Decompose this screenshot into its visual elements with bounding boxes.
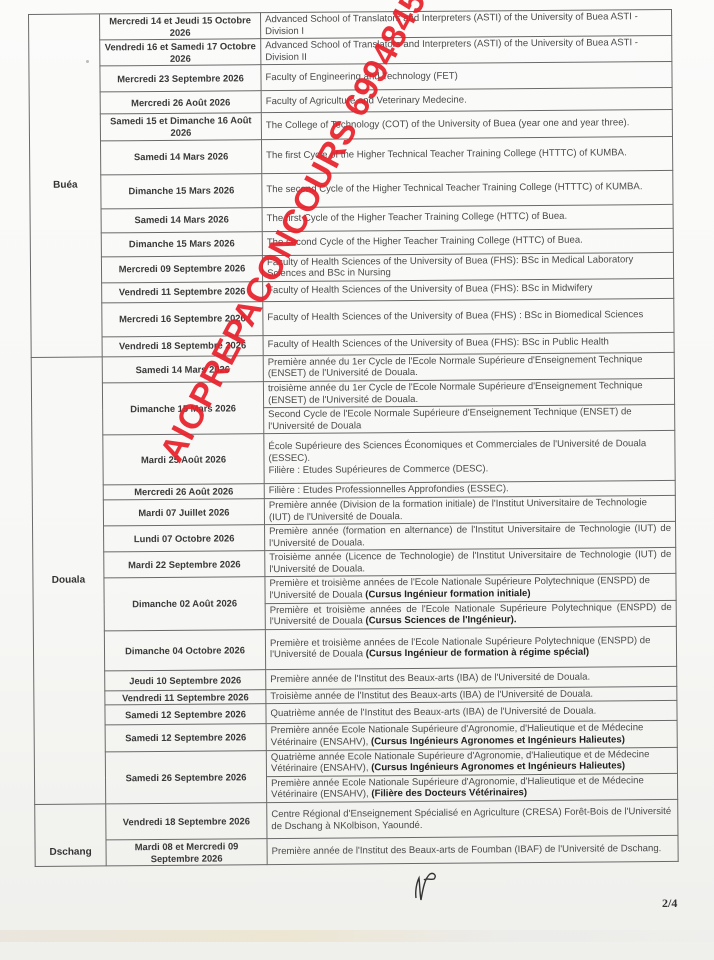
date-cell: Samedi 12 Septembre 2026 <box>105 704 266 725</box>
description-cell: Première année de l'Institut des Beaux-a… <box>267 835 678 864</box>
table-row: Dimanche 15 Mars 2026 The second Cycle o… <box>30 170 673 209</box>
date-cell: Mardi 25 Août 2026 <box>103 434 264 485</box>
description-cell: Première et troisième années de l'Ecole … <box>265 626 676 669</box>
description-bold: (Cursus Ingénieurs Agronomes et Ingénieu… <box>371 761 625 774</box>
date-cell: Vendredi 11 Septembre 2026 <box>102 281 263 302</box>
description-cell: The second Cycle of the Higher Technical… <box>262 170 673 207</box>
description-cell: Première année (formation en alternance)… <box>265 522 676 551</box>
description-cell: Première année (Division de la formation… <box>264 495 675 524</box>
description-bold: (Cursus Ingénieur formation initiale) <box>365 588 530 600</box>
date-cell: Vendredi 16 et Samedi 17 Octobre 2026 <box>100 39 261 66</box>
description-cell: École Supérieure des Sciences Économique… <box>264 431 675 484</box>
description-cell: Troisième année (Licence de Technologie)… <box>265 548 676 577</box>
description-cell: Quatrième année Ecole Nationale Supérieu… <box>266 747 677 776</box>
description-bold: (Cursus Ingénieur de formation à régime … <box>366 647 589 660</box>
city-cell-buea: Buéa <box>29 14 103 357</box>
date-cell: Mercredi 26 Août 2026 <box>103 484 264 500</box>
date-cell: Mercredi 09 Septembre 2026 <box>101 255 262 282</box>
exam-schedule-table: Buéa Mercredi 14 et Jeudi 15 Octobre 202… <box>28 9 679 867</box>
table-row: Mardi 08 et Mercredi 09 Septembre 2026 P… <box>35 835 678 866</box>
date-cell: Vendredi 11 Septembre 2026 <box>105 689 266 705</box>
date-cell: Lundi 07 Octobre 2026 <box>104 525 265 552</box>
date-cell: Vendredi 18 Septembre 2026 <box>102 335 263 356</box>
table-row: Dimanche 04 Octobre 2026 Première et tro… <box>33 626 676 671</box>
description-cell: troisième année du 1er Cycle de l'Ecole … <box>263 378 674 407</box>
description-text: École Supérieure des Sciences Économique… <box>268 439 646 465</box>
description-text-line2: Filière : Etudes Supérieures de Commerce… <box>269 463 489 476</box>
description-cell: Centre Régional d'Enseignement Spécialis… <box>267 799 678 838</box>
date-cell: Dimanche 15 Mars 2026 <box>101 231 262 256</box>
date-cell: Mercredi 16 Septembre 2026 <box>102 301 263 336</box>
table-row: Mercredi 16 Septembre 2026 Faculty of He… <box>31 298 674 337</box>
city-cell-dschang: Dschang <box>35 804 106 867</box>
table-row: Samedi 14 Mars 2026 The first Cycle of t… <box>29 136 672 175</box>
city-cell-douala: Douala <box>31 357 106 805</box>
description-cell: Faculty of Health Sciences of the Univer… <box>262 252 673 281</box>
date-cell: Mardi 22 Septembre 2026 <box>104 551 265 578</box>
description-cell: Faculty of Agriculture and Veterinary Me… <box>261 88 672 113</box>
date-cell: Samedi 14 Mars 2026 <box>100 139 261 174</box>
date-cell: Dimanche 02 Août 2026 <box>104 577 265 631</box>
description-cell: Faculty of Health Sciences of the Univer… <box>263 298 674 335</box>
description-cell: The first Cycle of the Higher Teacher Tr… <box>262 204 673 231</box>
description-cell: Première et troisième années de l'Ecole … <box>265 574 676 603</box>
description-cell: Second Cycle de l'Ecole Normale Supérieu… <box>264 405 675 434</box>
description-bold: (Cursus Ingénieurs Agronomes et Ingénieu… <box>371 734 625 747</box>
description-cell: Advanced School of Translators and Inter… <box>261 36 672 65</box>
date-cell: Mardi 07 Juillet 2026 <box>103 499 264 526</box>
signature-mark <box>412 868 442 904</box>
description-cell: Advanced School of Translators and Inter… <box>260 9 671 38</box>
description-cell: Première année Ecole Nationale Supérieur… <box>266 773 677 802</box>
date-cell: Vendredi 18 Septembre 2026 <box>106 803 267 840</box>
date-cell: Dimanche 15 Mars 2026 <box>102 382 263 436</box>
date-cell: Dimanche 04 Octobre 2026 <box>104 629 265 670</box>
page-number: 2/4 <box>662 896 677 911</box>
date-cell: Mercredi 26 Août 2026 <box>100 91 261 114</box>
description-cell: Première année du 1er Cycle de l'Ecole N… <box>263 352 674 381</box>
date-cell: Samedi 15 et Dimanche 16 Août 2026 <box>100 113 261 140</box>
table-row: Dschang Vendredi 18 Septembre 2026 Centr… <box>35 799 678 840</box>
description-cell: The College of Technology (COT) of the U… <box>261 110 672 139</box>
description-bold: (Cursus Sciences de l'Ingénieur). <box>365 614 516 626</box>
description-bold: (Filière des Docteurs Vétérinaires) <box>371 788 527 800</box>
date-cell: Jeudi 10 Septembre 2026 <box>105 669 266 690</box>
description-cell: Première année Ecole Nationale Supérieur… <box>266 721 677 750</box>
table-row: Mardi 25 Août 2026 École Supérieure des … <box>32 431 675 486</box>
scan-edge <box>0 930 714 942</box>
date-cell: Samedi 14 Mars 2026 <box>101 207 262 232</box>
date-cell: Samedi 26 Septembre 2026 <box>105 750 266 804</box>
date-cell: Dimanche 15 Mars 2026 <box>101 173 262 208</box>
date-cell: Samedi 12 Septembre 2026 <box>105 724 266 751</box>
description-cell: The second Cycle of the Higher Teacher T… <box>262 228 673 255</box>
date-cell: Samedi 14 Mars 2026 <box>102 355 263 382</box>
description-cell: Faculty of Engineering and Technology (F… <box>261 62 672 91</box>
date-cell: Mardi 08 et Mercredi 09 Septembre 2026 <box>106 839 267 866</box>
description-cell: The first Cycle of the Higher Technical … <box>261 136 672 173</box>
date-cell: Mercredi 23 Septembre 2026 <box>100 65 261 92</box>
description-cell: Première et troisième années de l'Ecole … <box>265 600 676 629</box>
scanned-page: Buéa Mercredi 14 et Jeudi 15 Octobre 202… <box>0 0 714 960</box>
date-cell: Mercredi 14 et Jeudi 15 Octobre 2026 <box>100 13 261 40</box>
